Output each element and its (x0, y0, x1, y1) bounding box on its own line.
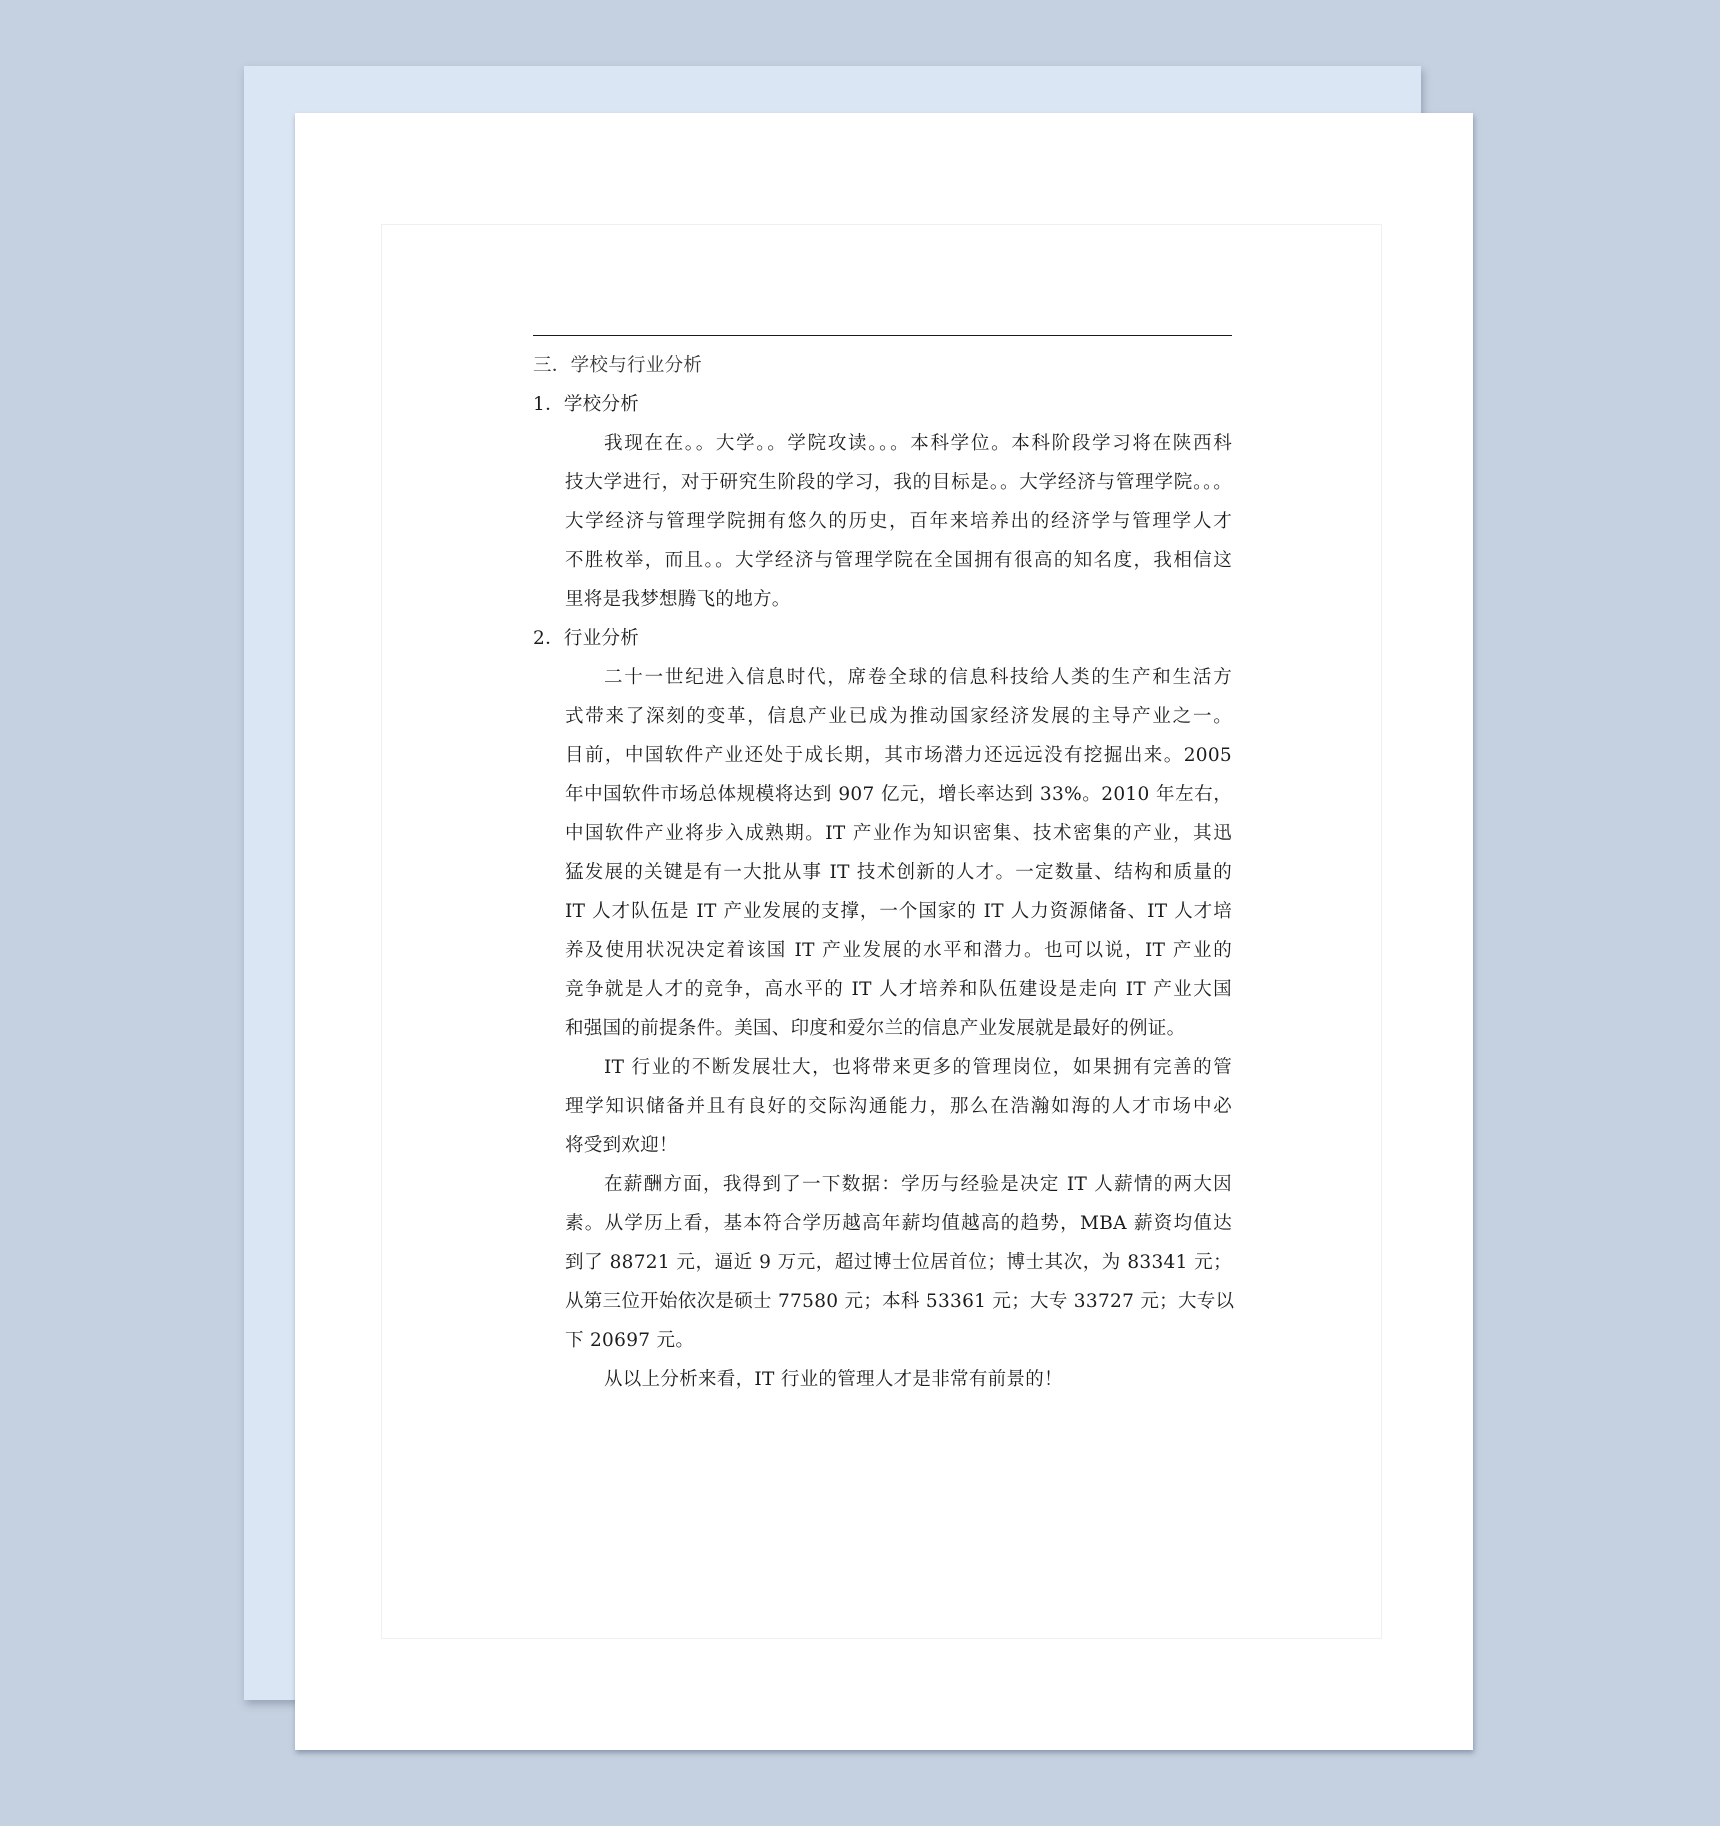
text-line: 猛发展的关键是有一大批从事 IT 技术创新的人才。一定数量、结构和质量的 (565, 853, 1232, 892)
industry-analysis-heading: 2．行业分析 (533, 619, 1232, 658)
section-title: 三．学校与行业分析 (533, 346, 1232, 385)
page-content: 三．学校与行业分析 1．学校分析 我现在在。。大学。。学院攻读。。。本科学位。本… (533, 335, 1232, 1399)
text-line: 大学经济与管理学院拥有悠久的历史，百年来培养出的经济学与管理学人才 (565, 502, 1232, 541)
text-line: 素。从学历上看，基本符合学历越高年薪均值越高的趋势，MBA 薪资均值达 (565, 1204, 1232, 1243)
text-line: 二十一世纪进入信息时代，席卷全球的信息科技给人类的生产和生活方 (565, 658, 1232, 697)
text-line: IT 人才队伍是 IT 产业发展的支撑，一个国家的 IT 人力资源储备、IT 人… (565, 892, 1232, 931)
text-line: 养及使用状况决定着该国 IT 产业发展的水平和潜力。也可以说，IT 产业的 (565, 931, 1232, 970)
text-line: 式带来了深刻的变革，信息产业已成为推动国家经济发展的主导产业之一。 (565, 697, 1232, 736)
text-line: 目前，中国软件产业还处于成长期，其市场潜力还远远没有挖掘出来。2005 (565, 736, 1232, 775)
text-line: 从以上分析来看，IT 行业的管理人才是非常有前景的！ (565, 1360, 1232, 1399)
text-line: 中国软件产业将步入成熟期。IT 产业作为知识密集、技术密集的产业，其迅 (565, 814, 1232, 853)
industry-paragraph-1: 二十一世纪进入信息时代，席卷全球的信息科技给人类的生产和生活方 式带来了深刻的变… (533, 658, 1232, 1048)
header-rule (533, 335, 1232, 336)
industry-paragraph-2: IT 行业的不断发展壮大，也将带来更多的管理岗位，如果拥有完善的管 理学知识储备… (533, 1048, 1232, 1165)
industry-paragraph-4: 从以上分析来看，IT 行业的管理人才是非常有前景的！ (533, 1360, 1232, 1399)
text-line: 从第三位开始依次是硕士 77580 元；本科 53361 元；大专 33727 … (565, 1282, 1232, 1321)
school-analysis-heading: 1．学校分析 (533, 385, 1232, 424)
school-paragraph-1: 我现在在。。大学。。学院攻读。。。本科学位。本科阶段学习将在陕西科 技大学进行，… (533, 424, 1232, 619)
text-line: 竞争就是人才的竞争，高水平的 IT 人才培养和队伍建设是走向 IT 产业大国 (565, 970, 1232, 1009)
document-page: 三．学校与行业分析 1．学校分析 我现在在。。大学。。学院攻读。。。本科学位。本… (295, 113, 1473, 1750)
text-line: 将受到欢迎！ (565, 1126, 1232, 1165)
text-line: 在薪酬方面，我得到了一下数据：学历与经验是决定 IT 人薪情的两大因 (565, 1165, 1232, 1204)
text-line: 我现在在。。大学。。学院攻读。。。本科学位。本科阶段学习将在陕西科 (565, 424, 1232, 463)
industry-paragraph-3: 在薪酬方面，我得到了一下数据：学历与经验是决定 IT 人薪情的两大因 素。从学历… (533, 1165, 1232, 1360)
text-line: 里将是我梦想腾飞的地方。 (565, 580, 1232, 619)
text-line: 和强国的前提条件。美国、印度和爱尔兰的信息产业发展就是最好的例证。 (565, 1009, 1232, 1048)
text-line: IT 行业的不断发展壮大，也将带来更多的管理岗位，如果拥有完善的管 (565, 1048, 1232, 1087)
text-line: 到了 88721 元，逼近 9 万元，超过博士位居首位；博士其次，为 83341… (565, 1243, 1232, 1282)
text-line: 下 20697 元。 (565, 1321, 1232, 1360)
text-line: 不胜枚举，而且。。大学经济与管理学院在全国拥有很高的知名度，我相信这 (565, 541, 1232, 580)
text-line: 理学知识储备并且有良好的交际沟通能力，那么在浩瀚如海的人才市场中必 (565, 1087, 1232, 1126)
text-line: 年中国软件市场总体规模将达到 907 亿元，增长率达到 33%。2010 年左右… (565, 775, 1232, 814)
text-line: 技大学进行，对于研究生阶段的学习，我的目标是。。大学经济与管理学院。。。 (565, 463, 1232, 502)
